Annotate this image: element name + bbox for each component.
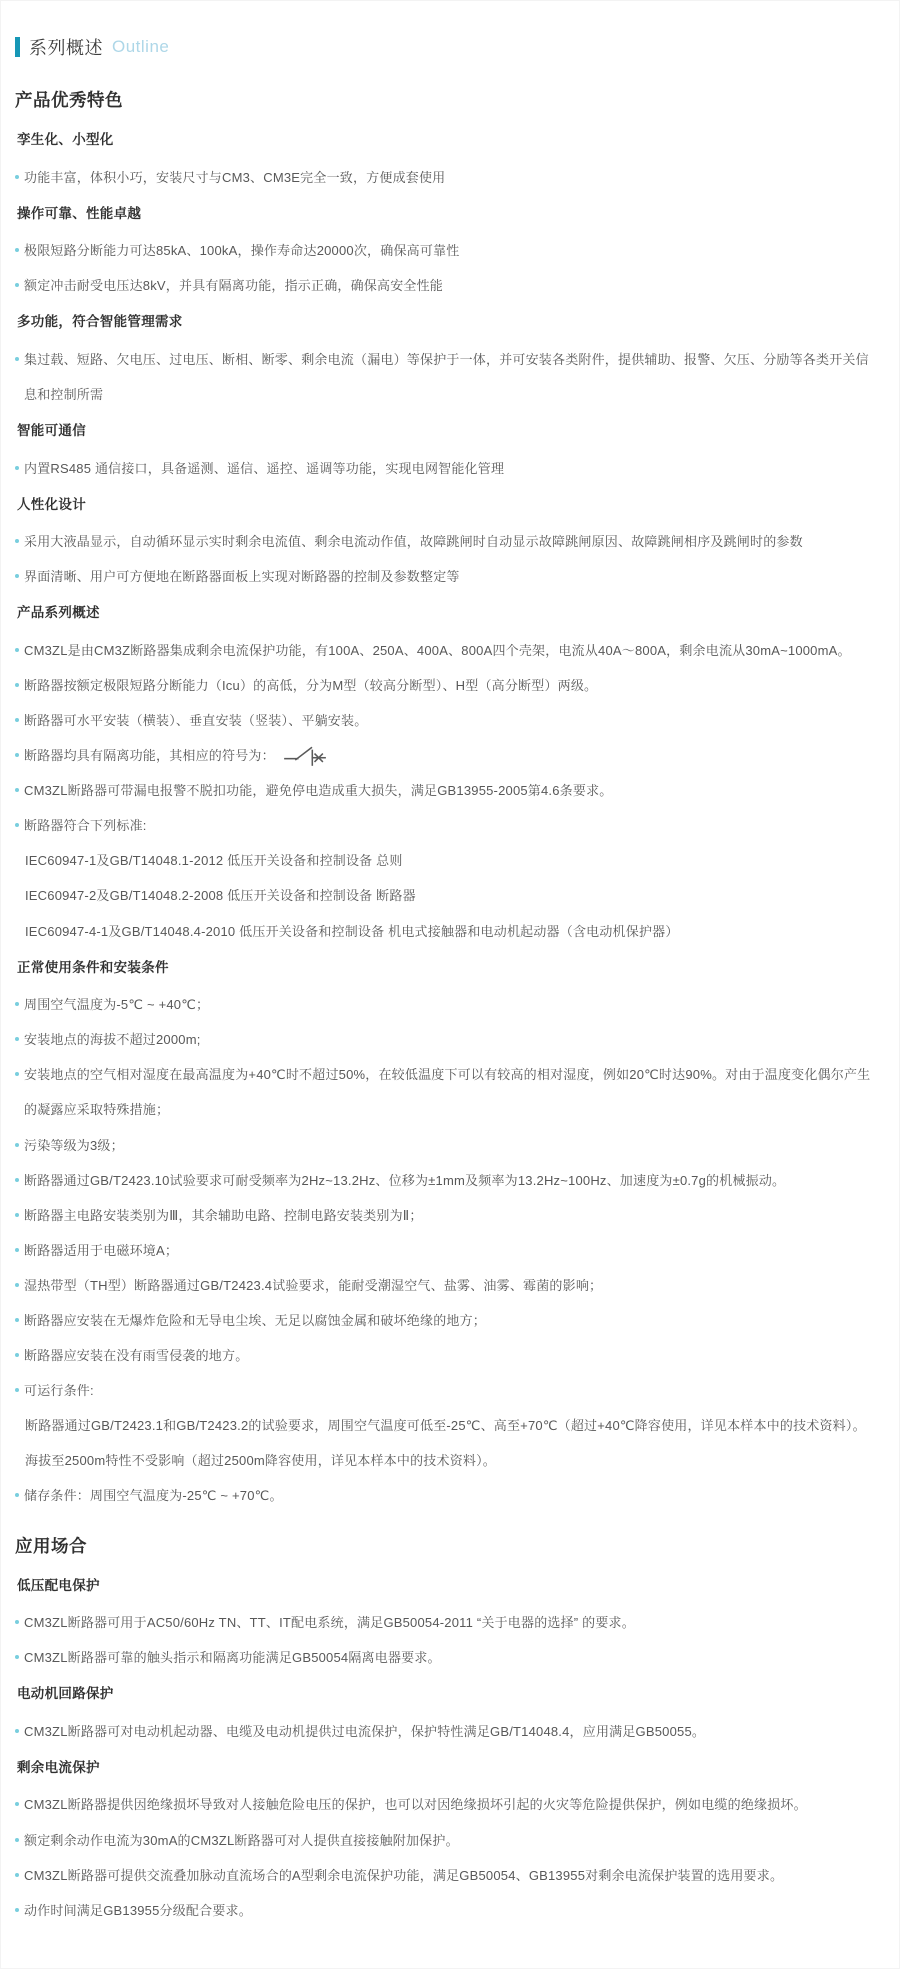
item-text: IEC60947-1及GB/T14048.1-2012 低压开关设备和控制设备 … <box>25 853 403 868</box>
item-text: 断路器均具有隔离功能，其相应的符号为： <box>24 748 275 763</box>
bullet-icon <box>15 1729 19 1733</box>
bullet-item: 极限短路分断能力可达85kA、100kA，操作寿命达20000次，确保高可靠性 <box>15 233 873 268</box>
item-text: 集过载、短路、欠电压、过电压、断相、断零、剩余电流（漏电）等保护于一体，并可安装… <box>24 352 869 402</box>
bullet-item: 断路器按额定极限短路分断能力（Icu）的高低，分为M型（较高分断型）、H型（高分… <box>15 668 873 703</box>
item-text: IEC60947-4-1及GB/T14048.4-2010 低压开关设备和控制设… <box>25 924 679 939</box>
item-text: 断路器可水平安装（横装）、垂直安装（竖装）、平躺安装。 <box>24 713 367 728</box>
bullet-icon <box>15 1388 19 1392</box>
bullet-icon <box>15 718 19 722</box>
bullet-icon <box>15 1283 19 1287</box>
group-title: 低压配电保护 <box>15 1567 873 1605</box>
section-header: 系列概述 Outline <box>15 34 873 60</box>
group-title: 操作可靠、性能卓越 <box>15 195 873 233</box>
bullet-item: CM3ZL断路器可对电动机起动器、电缆及电动机提供过电流保护，保护特性满足GB/… <box>15 1714 873 1749</box>
item-text: 动作时间满足GB13955分级配合要求。 <box>24 1903 252 1918</box>
bullet-icon <box>15 1655 19 1659</box>
bullet-item: 断路器可水平安装（横装）、垂直安装（竖装）、平躺安装。 <box>15 703 873 738</box>
bullet-icon <box>15 248 19 252</box>
bullet-item: 断路器适用于电磁环境A； <box>15 1233 873 1268</box>
group-title: 智能可通信 <box>15 412 873 450</box>
item-text: 断路器应安装在没有雨雪侵袭的地方。 <box>24 1348 248 1363</box>
item-text: CM3ZL断路器可用于AC50/60Hz TN、TT、IT配电系统，满足GB50… <box>24 1615 635 1630</box>
bullet-item: CM3ZL断路器可靠的触头指示和隔离功能满足GB50054隔离电器要求。 <box>15 1640 873 1675</box>
bullet-icon <box>15 1908 19 1912</box>
item-text: 湿热带型（TH型）断路器通过GB/T2423.4试验要求，能耐受潮湿空气、盐雾、… <box>24 1278 602 1293</box>
section-title: 产品优秀特色 <box>15 84 873 117</box>
item-text: 内置RS485 通信接口，具备遥测、遥信、遥控、遥调等功能，实现电网智能化管理 <box>24 461 504 476</box>
bullet-icon <box>15 823 19 827</box>
item-text: 断路器按额定极限短路分断能力（Icu）的高低，分为M型（较高分断型）、H型（高分… <box>24 678 597 693</box>
sections: 产品优秀特色孪生化、小型化功能丰富，体积小巧，安装尺寸与CM3、CM3E完全一致… <box>15 84 873 1928</box>
bullet-icon <box>15 1318 19 1322</box>
bullet-icon <box>15 1620 19 1624</box>
item-text: 断路器主电路安装类别为Ⅲ，其余辅助电路、控制电路安装类别为Ⅱ； <box>24 1208 423 1223</box>
item-text: IEC60947-2及GB/T14048.2-2008 低压开关设备和控制设备 … <box>25 888 416 903</box>
page-title: 系列概述 <box>29 34 103 60</box>
text-line: IEC60947-4-1及GB/T14048.4-2010 低压开关设备和控制设… <box>15 914 873 949</box>
bullet-icon <box>15 1802 19 1806</box>
bullet-icon <box>15 1072 19 1076</box>
item-text: CM3ZL断路器可提供交流叠加脉动直流场合的A型剩余电流保护功能，满足GB500… <box>24 1868 783 1883</box>
item-text: 可运行条件: <box>24 1383 94 1398</box>
bullet-item: CM3ZL断路器可用于AC50/60Hz TN、TT、IT配电系统，满足GB50… <box>15 1605 873 1640</box>
bullet-item: 额定剩余动作电流为30mA的CM3ZL断路器可对人提供直接接触附加保护。 <box>15 1823 873 1858</box>
text-line: IEC60947-1及GB/T14048.1-2012 低压开关设备和控制设备 … <box>15 843 873 878</box>
bullet-icon <box>15 357 19 361</box>
isolator-symbol-icon <box>284 743 326 767</box>
item-text: 安装地点的空气相对湿度在最高温度为+40℃时不超过50%，在较低温度下可以有较高… <box>24 1067 870 1117</box>
item-text: CM3ZL断路器可带漏电报警不脱扣功能，避免停电造成重大损失，满足GB13955… <box>24 783 612 798</box>
bullet-icon <box>15 1178 19 1182</box>
item-text: 断路器适用于电磁环境A； <box>24 1243 178 1258</box>
item-text: 采用大液晶显示，自动循环显示实时剩余电流值、剩余电流动作值，故障跳闸时自动显示故… <box>24 534 803 549</box>
bullet-item: 断路器应安装在没有雨雪侵袭的地方。 <box>15 1338 873 1373</box>
bullet-item: 湿热带型（TH型）断路器通过GB/T2423.4试验要求，能耐受潮湿空气、盐雾、… <box>15 1268 873 1303</box>
bullet-icon <box>15 175 19 179</box>
bullet-icon <box>15 539 19 543</box>
bullet-item: 可运行条件: <box>15 1373 873 1408</box>
bullet-icon <box>15 683 19 687</box>
item-text: 海拔至2500m特性不受影响（超过2500m降容使用，详见本样本中的技术资料）。 <box>25 1453 496 1468</box>
bullet-icon <box>15 1353 19 1357</box>
bullet-icon <box>15 1143 19 1147</box>
item-text: 功能丰富，体积小巧，安装尺寸与CM3、CM3E完全一致，方便成套使用 <box>24 170 445 185</box>
item-text: 断路器通过GB/T2423.1和GB/T2423.2的试验要求，周围空气温度可低… <box>25 1418 866 1433</box>
bullet-icon <box>15 574 19 578</box>
bullet-item: 内置RS485 通信接口，具备遥测、遥信、遥控、遥调等功能，实现电网智能化管理 <box>15 451 873 486</box>
item-text: 额定剩余动作电流为30mA的CM3ZL断路器可对人提供直接接触附加保护。 <box>24 1833 459 1848</box>
group-title: 产品系列概述 <box>15 594 873 632</box>
bullet-item: 动作时间满足GB13955分级配合要求。 <box>15 1893 873 1928</box>
bullet-icon <box>15 648 19 652</box>
bullet-item: 安装地点的海拔不超过2000m; <box>15 1022 873 1057</box>
bullet-icon <box>15 1873 19 1877</box>
bullet-item: CM3ZL断路器可提供交流叠加脉动直流场合的A型剩余电流保护功能，满足GB500… <box>15 1858 873 1893</box>
group-title: 正常使用条件和安装条件 <box>15 949 873 987</box>
bullet-icon <box>15 1248 19 1252</box>
bullet-item: 断路器符合下列标准: <box>15 808 873 843</box>
item-text: 周围空气温度为-5℃ ~ +40℃； <box>24 997 209 1012</box>
product-overview-page: 系列概述 Outline 产品优秀特色孪生化、小型化功能丰富，体积小巧，安装尺寸… <box>0 0 900 1969</box>
bullet-icon <box>15 1493 19 1497</box>
text-line: 海拔至2500m特性不受影响（超过2500m降容使用，详见本样本中的技术资料）。 <box>15 1443 873 1478</box>
bullet-item: CM3ZL是由CM3Z断路器集成剩余电流保护功能，有100A、250A、400A… <box>15 633 873 668</box>
bullet-item: 断路器均具有隔离功能，其相应的符号为： <box>15 738 873 773</box>
bullet-item: 安装地点的空气相对湿度在最高温度为+40℃时不超过50%，在较低温度下可以有较高… <box>15 1057 873 1127</box>
item-text: CM3ZL断路器可对电动机起动器、电缆及电动机提供过电流保护，保护特性满足GB/… <box>24 1724 705 1739</box>
bullet-icon <box>15 283 19 287</box>
bullet-item: 采用大液晶显示，自动循环显示实时剩余电流值、剩余电流动作值，故障跳闸时自动显示故… <box>15 524 873 559</box>
item-text: 断路器符合下列标准: <box>24 818 147 833</box>
bullet-item: 功能丰富，体积小巧，安装尺寸与CM3、CM3E完全一致，方便成套使用 <box>15 160 873 195</box>
item-text: 极限短路分断能力可达85kA、100kA，操作寿命达20000次，确保高可靠性 <box>24 243 459 258</box>
bullet-icon <box>15 1838 19 1842</box>
bullet-item: 断路器应安装在无爆炸危险和无导电尘埃、无足以腐蚀金属和破坏绝缘的地方； <box>15 1303 873 1338</box>
item-text: 断路器通过GB/T2423.10试验要求可耐受频率为2Hz~13.2Hz、位移为… <box>24 1173 785 1188</box>
bullet-item: 储存条件：周围空气温度为-25℃ ~ +70℃。 <box>15 1478 873 1513</box>
bullet-icon <box>15 1213 19 1217</box>
bullet-icon <box>15 466 19 470</box>
bullet-item: 周围空气温度为-5℃ ~ +40℃； <box>15 987 873 1022</box>
bullet-item: 界面清晰、用户可方便地在断路器面板上实现对断路器的控制及参数整定等 <box>15 559 873 594</box>
accent-bar <box>15 37 20 57</box>
item-text: 界面清晰、用户可方便地在断路器面板上实现对断路器的控制及参数整定等 <box>24 569 460 584</box>
page-subtitle: Outline <box>112 37 169 57</box>
group-title: 剩余电流保护 <box>15 1749 873 1787</box>
group-title: 人性化设计 <box>15 486 873 524</box>
bullet-item: 断路器主电路安装类别为Ⅲ，其余辅助电路、控制电路安装类别为Ⅱ； <box>15 1198 873 1233</box>
bullet-item: 集过载、短路、欠电压、过电压、断相、断零、剩余电流（漏电）等保护于一体，并可安装… <box>15 342 873 412</box>
group-title: 孪生化、小型化 <box>15 121 873 159</box>
bullet-item: CM3ZL断路器可带漏电报警不脱扣功能，避免停电造成重大损失，满足GB13955… <box>15 773 873 808</box>
bullet-icon <box>15 788 19 792</box>
text-line: IEC60947-2及GB/T14048.2-2008 低压开关设备和控制设备 … <box>15 878 873 913</box>
item-text: 断路器应安装在无爆炸危险和无导电尘埃、无足以腐蚀金属和破坏绝缘的地方； <box>24 1313 486 1328</box>
group-title: 多功能，符合智能管理需求 <box>15 303 873 341</box>
item-text: CM3ZL断路器提供因绝缘损坏导致对人接触危险电压的保护，也可以对因绝缘损坏引起… <box>24 1797 807 1812</box>
item-text: 储存条件：周围空气温度为-25℃ ~ +70℃。 <box>24 1488 283 1503</box>
bullet-icon <box>15 753 19 757</box>
group-title: 电动机回路保护 <box>15 1675 873 1713</box>
item-text: CM3ZL断路器可靠的触头指示和隔离功能满足GB50054隔离电器要求。 <box>24 1650 441 1665</box>
bullet-item: 额定冲击耐受电压达8kV，并具有隔离功能，指示正确，确保高安全性能 <box>15 268 873 303</box>
section-title: 应用场合 <box>15 1530 873 1563</box>
bullet-icon <box>15 1037 19 1041</box>
item-text: CM3ZL是由CM3Z断路器集成剩余电流保护功能，有100A、250A、400A… <box>24 643 851 658</box>
item-text: 安装地点的海拔不超过2000m; <box>24 1032 201 1047</box>
bullet-icon <box>15 1002 19 1006</box>
bullet-item: 污染等级为3级； <box>15 1128 873 1163</box>
item-text: 额定冲击耐受电压达8kV，并具有隔离功能，指示正确，确保高安全性能 <box>24 278 443 293</box>
bullet-item: CM3ZL断路器提供因绝缘损坏导致对人接触危险电压的保护，也可以对因绝缘损坏引起… <box>15 1787 873 1822</box>
item-text: 污染等级为3级； <box>24 1138 124 1153</box>
bullet-item: 断路器通过GB/T2423.10试验要求可耐受频率为2Hz~13.2Hz、位移为… <box>15 1163 873 1198</box>
text-line: 断路器通过GB/T2423.1和GB/T2423.2的试验要求，周围空气温度可低… <box>15 1408 873 1443</box>
